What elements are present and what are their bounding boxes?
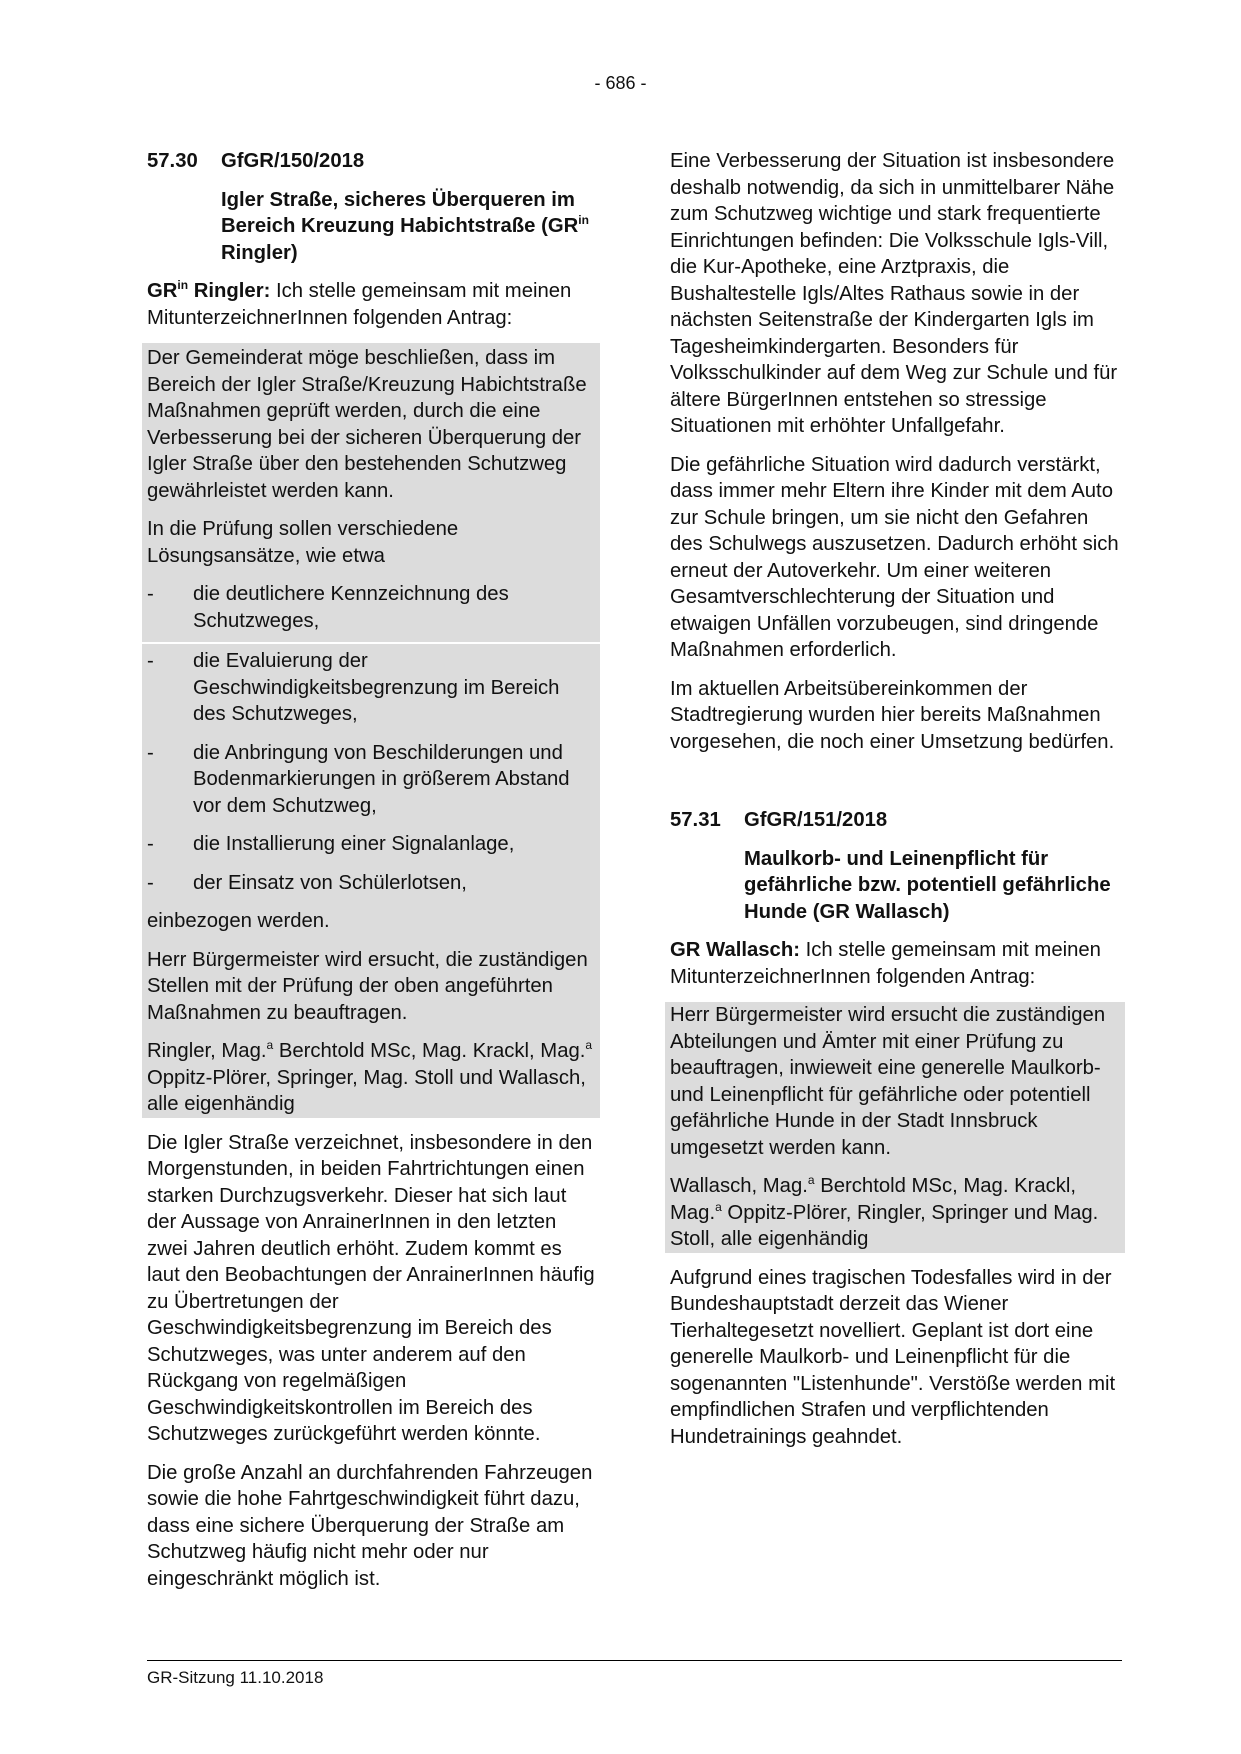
title-text: Igler Straße, sicheres Überqueren im Ber… — [221, 189, 578, 238]
speaker-sup: in — [177, 278, 188, 292]
speaker-name: GRin Ringler: — [147, 280, 270, 302]
sig-sup: a — [715, 1200, 722, 1214]
speaker-prefix: GR — [147, 280, 177, 302]
list-item-text: die Installierung einer Signalanlage, — [193, 831, 514, 858]
motion-box: Herr Bürgermeister wird ersucht die zust… — [665, 1002, 1125, 1253]
list-item: - der Einsatz von Schülerlotsen, — [147, 870, 595, 897]
item-heading-5731: 57.31 GfGR/151/2018 — [670, 807, 1125, 834]
item-number: 57.30 — [147, 148, 221, 175]
list-item: - die deutlichere Kennzeichnung des Schu… — [147, 581, 595, 642]
item-reference: GfGR/150/2018 — [221, 148, 364, 175]
list-item-text: die Evaluierung der Geschwindigkeitsbegr… — [193, 648, 595, 728]
motion-paragraph: Herr Bürgermeister wird ersucht die zust… — [670, 1002, 1120, 1161]
list-dash: - — [147, 581, 193, 634]
speaker-intro: GR Wallasch: Ich stelle gemeinsam mit me… — [670, 937, 1125, 990]
speaker-name: GR Wallasch: — [670, 939, 800, 961]
sig-a: Ringler, Mag. — [147, 1040, 267, 1062]
list-item: - die Anbringung von Beschilderungen und… — [147, 740, 595, 820]
list-dash: - — [147, 870, 193, 897]
page-number: - 686 - — [0, 73, 1241, 94]
footer-divider — [147, 1660, 1122, 1661]
title-sup: in — [578, 213, 589, 227]
list-dash: - — [147, 740, 193, 820]
speaker-label: Ringler: — [188, 280, 270, 302]
divider — [142, 642, 600, 644]
reason-paragraph: Die gefährliche Situation wird dadurch v… — [670, 452, 1125, 664]
left-column: 57.30 GfGR/150/2018 Igler Straße, sicher… — [147, 148, 600, 1604]
item-title: Igler Straße, sicheres Überqueren im Ber… — [221, 187, 600, 267]
motion-paragraph: Herr Bürgermeister wird ersucht, die zus… — [147, 947, 595, 1027]
list-item-text: die deutlichere Kennzeichnung des Schutz… — [193, 581, 595, 634]
sig-sup: a — [808, 1173, 815, 1187]
list-item-text: die Anbringung von Beschilderungen und B… — [193, 740, 595, 820]
item-title: Maulkorb- und Leinenpflicht für gefährli… — [744, 846, 1125, 926]
reason-paragraph: Die Igler Straße verzeichnet, insbesonde… — [147, 1130, 600, 1448]
sig-c: Oppitz-Plörer, Springer, Mag. Stoll und … — [147, 1067, 586, 1116]
motion-paragraph: In die Prüfung sollen verschiedene Lösun… — [147, 516, 595, 569]
reason-paragraph: Im aktuellen Arbeitsübereinkommen der St… — [670, 676, 1125, 756]
title-end: Ringler) — [221, 242, 298, 264]
motion-paragraph: Der Gemeinderat möge beschließen, dass i… — [147, 343, 595, 504]
list-item-text: der Einsatz von Schülerlotsen, — [193, 870, 467, 897]
sig-c: Oppitz-Plörer, Ringler, Springer und Mag… — [670, 1202, 1098, 1251]
list-dash: - — [147, 648, 193, 728]
list-item: - die Evaluierung der Geschwindigkeitsbe… — [147, 648, 595, 728]
reason-paragraph: Aufgrund eines tragischen Todesfalles wi… — [670, 1265, 1125, 1451]
item-number: 57.31 — [670, 807, 744, 834]
sig-b: Berchtold MSc, Mag. Krackl, Mag. — [273, 1040, 585, 1062]
sig-a: Wallasch, Mag. — [670, 1175, 808, 1197]
spacer — [670, 767, 1125, 807]
item-reference: GfGR/151/2018 — [744, 807, 887, 834]
motion-box: Der Gemeinderat möge beschließen, dass i… — [142, 343, 600, 1118]
list-dash: - — [147, 831, 193, 858]
sig-sup: a — [585, 1038, 592, 1052]
reason-paragraph: Die große Anzahl an durchfahrenden Fahrz… — [147, 1460, 600, 1593]
footer-session: GR-Sitzung 11.10.2018 — [147, 1668, 323, 1688]
signatories: Wallasch, Mag.a Berchtold MSc, Mag. Krac… — [670, 1173, 1120, 1253]
right-column: Eine Verbesserung der Situation ist insb… — [670, 148, 1125, 1462]
motion-paragraph: einbezogen werden. — [147, 908, 595, 935]
speaker-intro: GRin Ringler: Ich stelle gemeinsam mit m… — [147, 278, 600, 331]
signatories: Ringler, Mag.a Berchtold MSc, Mag. Krack… — [147, 1038, 595, 1118]
item-heading-5730: 57.30 GfGR/150/2018 — [147, 148, 600, 175]
reason-paragraph: Eine Verbesserung der Situation ist insb… — [670, 148, 1125, 440]
list-item: - die Installierung einer Signalanlage, — [147, 831, 595, 858]
